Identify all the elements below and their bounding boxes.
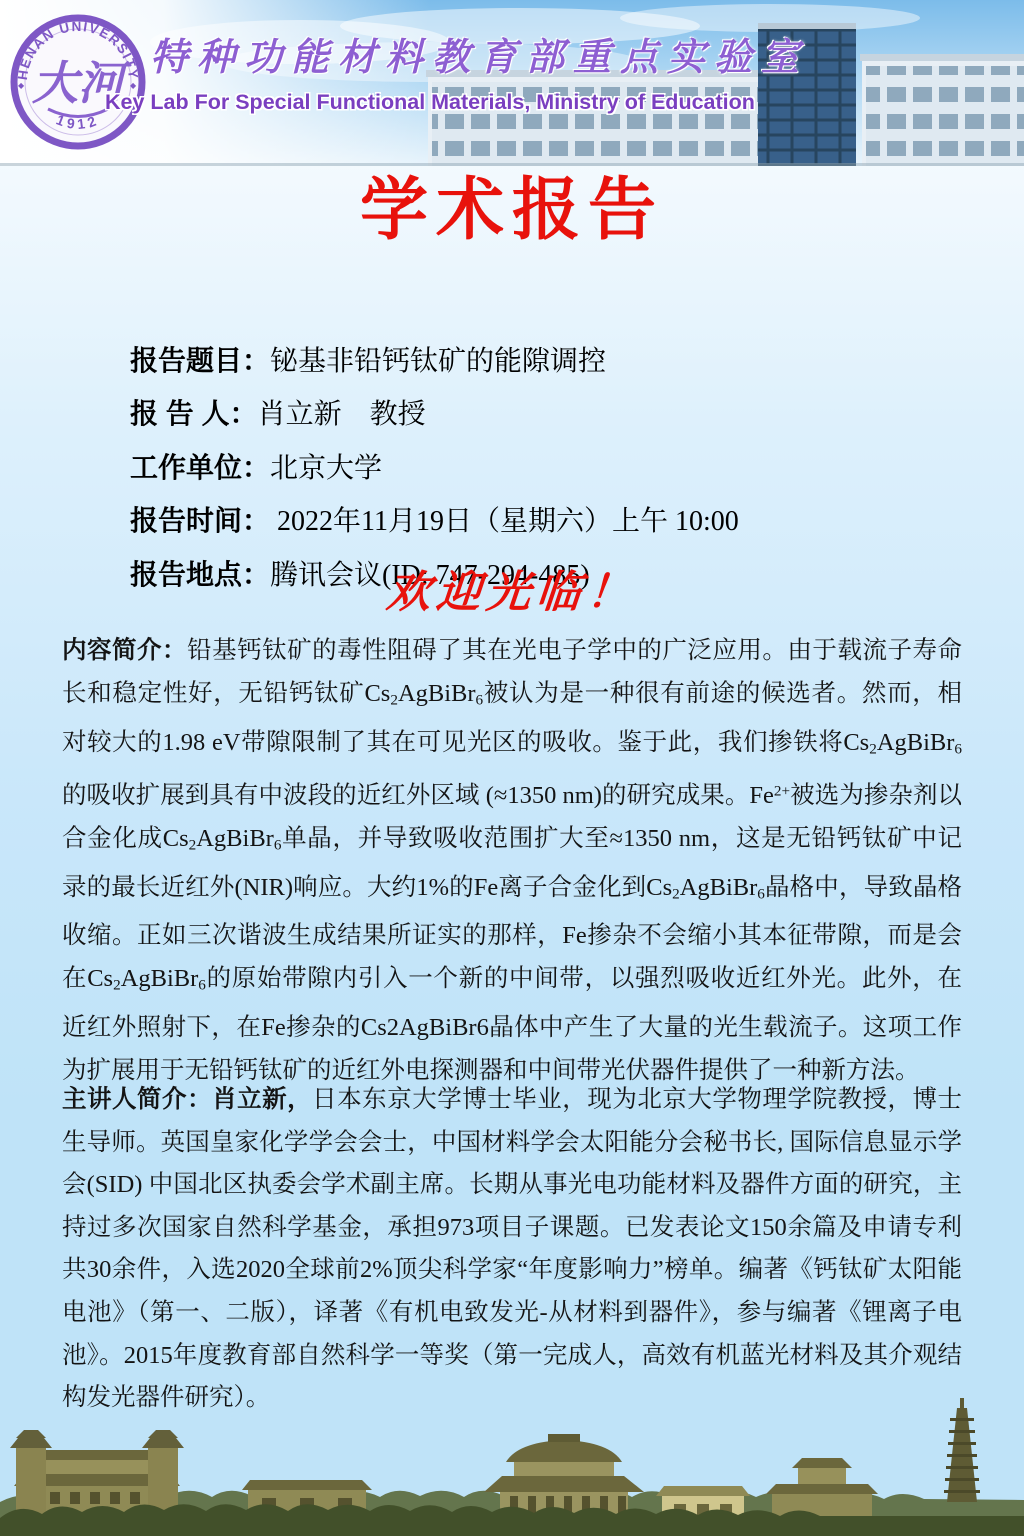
lab-building-photo bbox=[0, 0, 1024, 166]
abstract-label: 内容简介： bbox=[62, 637, 187, 664]
university-seal-logo: HENAN UNIVERSITY 1912 大河 ◆ ◆ bbox=[8, 12, 148, 152]
pagoda-silhouette bbox=[944, 1398, 980, 1502]
info-value: 北京大学 bbox=[270, 453, 382, 484]
abstract-text: 铅基钙钛矿的毒性阻碍了其在光电子学中的广泛应用。由于载流子寿命长和稳定性好，无铅… bbox=[62, 637, 962, 1084]
info-value: 肖立新 教授 bbox=[258, 399, 426, 430]
lecture-info-list: 报告题目：铋基非铅钙钛矿的能隙调控 报 告 人：肖立新 教授 工作单位：北京大学… bbox=[88, 280, 739, 548]
henan-university-seal: HENAN UNIVERSITY 1912 大河 ◆ ◆ bbox=[8, 12, 148, 152]
speaker-bio-text: 肖立新，日本东京大学博士毕业，现为北京大学物理学院教授，博士生导师。英国皇家化学… bbox=[62, 1086, 962, 1411]
abstract-paragraph: 内容简介：铅基钙钛矿的毒性阻碍了其在光电子学中的广泛应用。由于载流子寿命长和稳定… bbox=[62, 630, 962, 1092]
header-banner: HENAN UNIVERSITY 1912 大河 ◆ ◆ 特种功能材料教育部重点… bbox=[0, 0, 1024, 166]
lab-name-chinese: 特种功能材料教育部重点实验室 bbox=[150, 26, 725, 81]
speaker-bio-paragraph: 主讲人简介：肖立新，日本东京大学博士毕业，现为北京大学物理学院教授，博士生导师。… bbox=[62, 1079, 962, 1420]
speaker-bio-label: 主讲人简介： bbox=[62, 1086, 212, 1113]
info-label: 工作单位： bbox=[130, 452, 270, 483]
info-row-topic: 报告题目：铋基非铅钙钛矿的能隙调控 bbox=[88, 280, 739, 334]
info-value: 铋基非铅钙钛矿的能隙调控 bbox=[270, 346, 606, 377]
welcome-message: 欢迎光临！ bbox=[0, 556, 1024, 620]
seal-separator-right-icon: ◆ bbox=[130, 81, 137, 90]
info-label: 报 告 人： bbox=[130, 398, 258, 429]
lab-name-english: Key Lab For Special Functional Materials… bbox=[105, 90, 720, 115]
second-palace-silhouette bbox=[766, 1458, 878, 1522]
poster-title: 学术报告 bbox=[0, 170, 1024, 250]
info-value: 2022年11月19日（星期六）上午 10:00 bbox=[270, 506, 739, 537]
info-label: 报告题目： bbox=[130, 345, 270, 376]
campus-skyline-image bbox=[0, 1386, 1024, 1536]
lecture-poster: HENAN UNIVERSITY 1912 大河 ◆ ◆ 特种功能材料教育部重点… bbox=[0, 0, 1024, 1536]
seal-separator-left-icon: ◆ bbox=[18, 81, 25, 90]
info-label: 报告时间： bbox=[130, 505, 270, 536]
